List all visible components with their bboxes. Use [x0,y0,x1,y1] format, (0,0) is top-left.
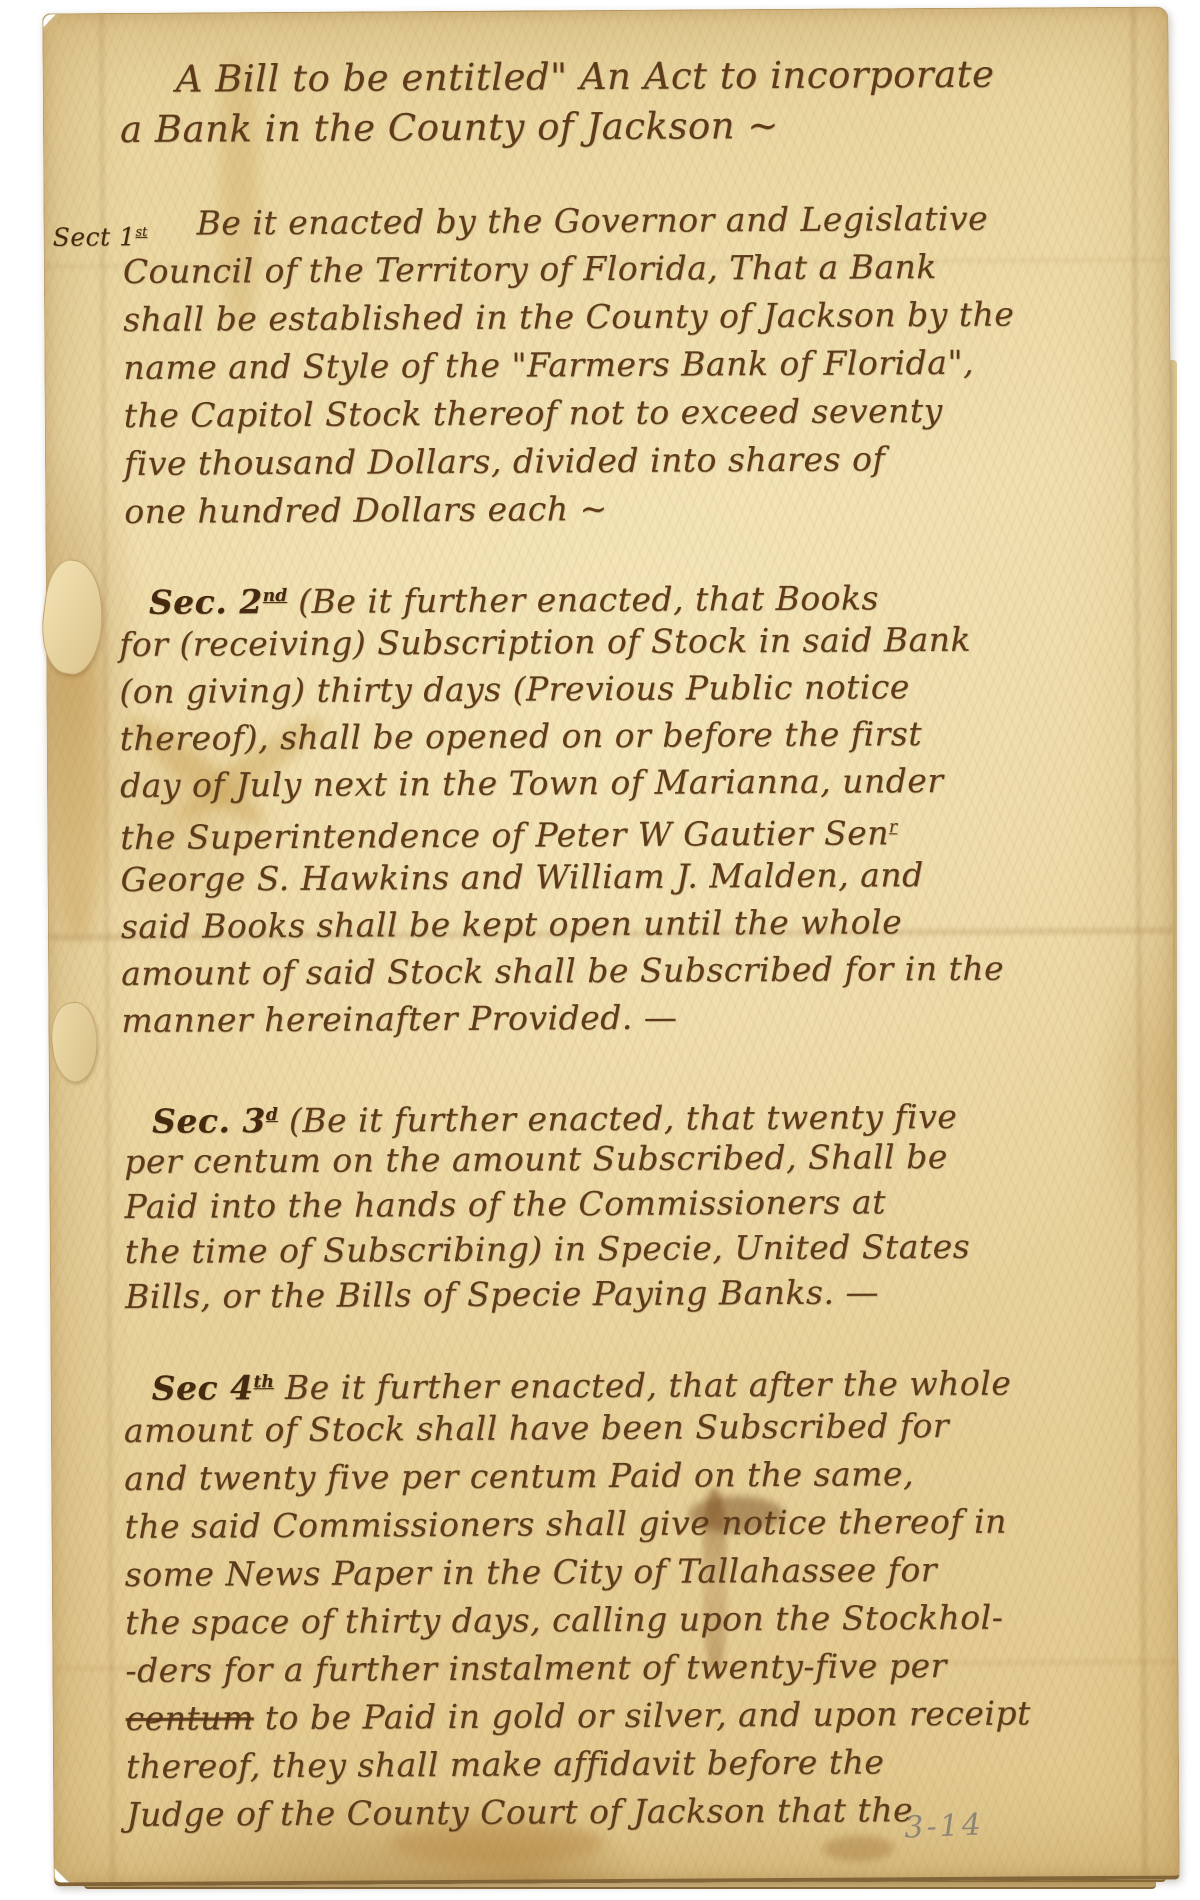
line-text: (Be it further enacted, that Books [298,578,879,621]
title-line: a Bank in the County of Jackson ~ [120,104,779,151]
line-text: Paid into the hands of the Commissioners… [124,1182,886,1226]
paper-tear-flap [36,557,111,678]
line-text: centum to be Paid in gold or silver, and… [126,1693,1031,1738]
line-text: manner hereinafter Provided. — [121,998,677,1040]
manuscript-page: 3-14 A Bill to be entitled" An Act to in… [42,7,1179,1887]
manuscript-line: said Books shall be kept open until the … [121,898,1004,950]
line-text: thereof, they shall make affidavit befor… [126,1742,885,1786]
line-text: shall be established in the County of Ja… [123,295,1014,339]
line-text: amount of said Stock shall be Subscribed… [121,949,1004,993]
fold-crease [1131,8,1146,1876]
manuscript-line: Paid into the hands of the Commissioners… [124,1179,970,1229]
line-text: the Superintendence of Peter W Gautier S… [120,813,897,857]
manuscript-line: the said Commissioners shall give notice… [124,1497,1029,1551]
line-text: per centum on the amount Subscribed, Sha… [124,1137,948,1181]
manuscript-line: Sect 1stBe it enacted by the Governor an… [122,195,1013,248]
manuscript-line: shall be established in the County of Ja… [123,291,1014,344]
manuscript-line: Sec. 2nd (Be it further enacted, that Bo… [119,569,1002,621]
manuscript-line: the space of thirty days, calling upon t… [125,1593,1030,1647]
manuscript-line: Bills, or the Bills of Specie Paying Ban… [125,1269,971,1319]
manuscript-line: day of July next in the Town of Marianna… [120,757,1003,809]
manuscript-line: (on giving) thirty days (Previous Public… [119,663,1002,715]
section-marker: Sec. 3d [152,1101,278,1141]
manuscript-line: per centum on the amount Subscribed, Sha… [124,1134,970,1184]
line-text: Bills, or the Bills of Specie Paying Ban… [125,1272,879,1316]
bill-section-2: Sec. 2nd (Be it further enacted, that Bo… [119,569,1005,1044]
line-text: the time of Subscribing) in Specie, Unit… [125,1227,971,1271]
manuscript-line: one hundred Dollars each ~ [124,483,1015,536]
line-text: thereof), shall be opened on or before t… [120,714,923,758]
manuscript-line: Sec. 3d (Be it further enacted, that twe… [124,1089,970,1139]
line-text: (on giving) thirty days (Previous Public… [119,667,910,711]
line-text: the space of thirty days, calling upon t… [125,1598,1003,1642]
line-text: some News Paper in the City of Tallahass… [125,1550,937,1594]
manuscript-line: some News Paper in the City of Tallahass… [125,1545,1030,1599]
fold-crease [99,14,114,1882]
manuscript-line: thereof, they shall make affidavit befor… [126,1737,1031,1791]
line-text: -ders for a further instalment of twenty… [125,1646,947,1690]
line-text: day of July next in the Town of Marianna… [120,761,944,805]
line-text: amount of Stock shall have been Subscrib… [124,1406,949,1450]
bill-section-4: Sec 4th Be it further enacted, that afte… [124,1353,1032,1839]
dog-ear-corner [43,14,73,54]
manuscript-line: for (receiving) Subscription of Stock in… [119,616,1002,668]
line-text: George S. Hawkins and William J. Malden,… [120,855,923,899]
manuscript-line: centum to be Paid in gold or silver, and… [126,1689,1031,1743]
bill-section-1: Sect 1stBe it enacted by the Governor an… [122,195,1015,536]
section-marker: Sec. 2nd [149,582,288,622]
manuscript-line: Judge of the County Court of Jackson tha… [126,1785,1031,1839]
line-text: said Books shall be kept open until the … [121,902,903,946]
line-text: Be it further enacted, that after the wh… [285,1364,1012,1407]
manuscript-line: Sec 4th Be it further enacted, that afte… [124,1353,1029,1407]
manuscript-line: the Capitol Stock thereof not to exceed … [124,387,1015,440]
manuscript-line: and twenty five per centum Paid on the s… [124,1449,1029,1503]
line-text: the said Commissioners shall give notice… [124,1502,1007,1546]
paper-tear-flap [47,1000,102,1085]
line-text: name and Style of the "Farmers Bank of F… [123,343,974,387]
scanned-document-canvas: 3-14 A Bill to be entitled" An Act to in… [0,0,1200,1900]
paper-stain [822,1835,894,1861]
manuscript-line: five thousand Dollars, divided into shar… [124,435,1015,488]
manuscript-line: thereof), shall be opened on or before t… [120,710,1003,762]
line-text: and twenty five per centum Paid on the s… [124,1454,914,1498]
manuscript-line: the time of Subscribing) in Specie, Unit… [125,1224,971,1274]
manuscript-line: manner hereinafter Provided. — [121,992,1004,1044]
line-text: the Capitol Stock thereof not to exceed … [124,391,943,435]
manuscript-line: George S. Hawkins and William J. Malden,… [120,851,1003,903]
line-text: five thousand Dollars, divided into shar… [124,439,885,483]
manuscript-line: amount of said Stock shall be Subscribed… [121,945,1004,997]
title-line: A Bill to be entitled" An Act to incorpo… [176,53,995,101]
line-text: for (receiving) Subscription of Stock in… [119,620,971,664]
manuscript-line: the Superintendence of Peter W Gautier S… [120,804,1003,856]
section-marker: Sec 4th [152,1368,275,1408]
line-text: one hundred Dollars each ~ [124,489,608,531]
manuscript-line: amount of Stock shall have been Subscrib… [124,1401,1029,1455]
line-text: Be it enacted by the Governor and Legisl… [196,199,988,243]
line-text: Judge of the County Court of Jackson tha… [126,1790,913,1834]
manuscript-line: Council of the Territory of Florida, Tha… [123,243,1014,296]
manuscript-line: -ders for a further instalment of twenty… [125,1641,1030,1695]
dog-ear-corner [54,1836,88,1882]
manuscript-line: name and Style of the "Farmers Bank of F… [123,339,1014,392]
line-text: Council of the Territory of Florida, Tha… [123,247,937,291]
bill-section-3: Sec. 3d (Be it further enacted, that twe… [124,1089,971,1319]
